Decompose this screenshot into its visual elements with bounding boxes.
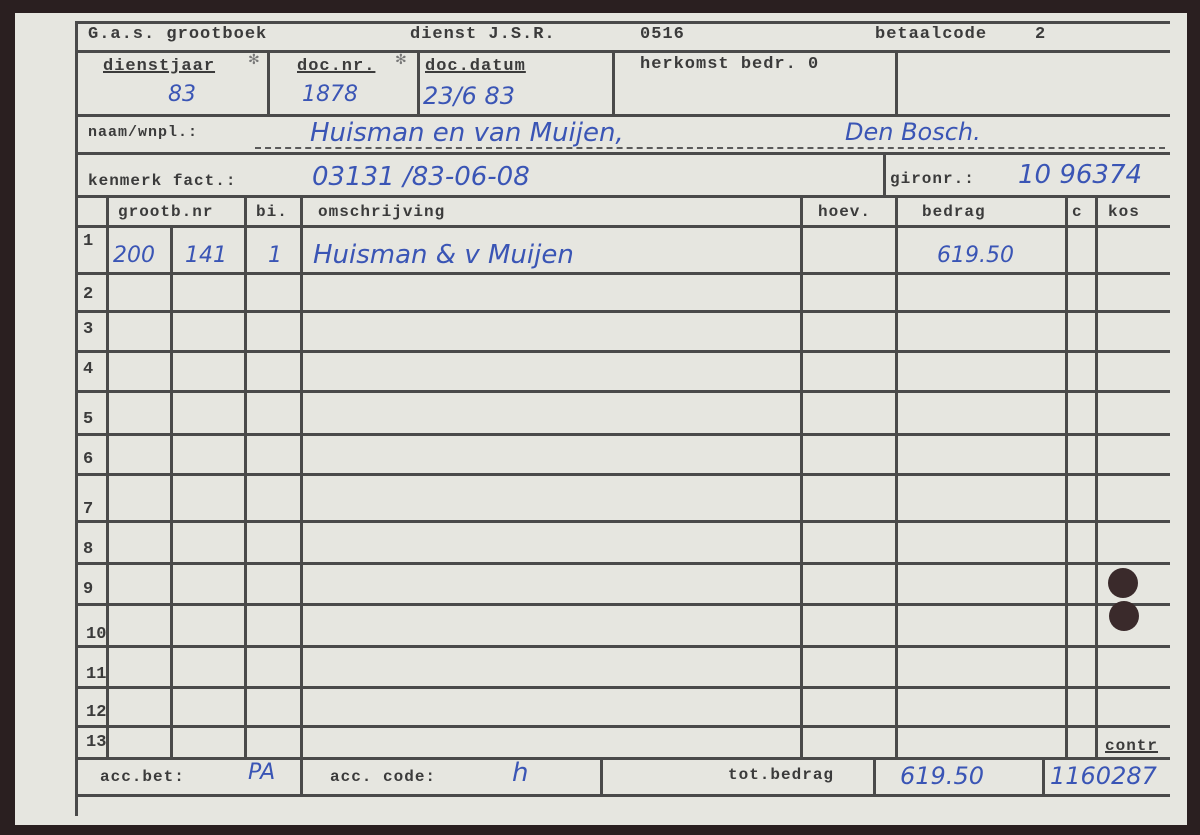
line-table-header: [75, 225, 1170, 228]
row-number: 6: [83, 450, 93, 469]
kenmerk-value[interactable]: 03131 /83-06-08: [312, 162, 530, 192]
col-line: [300, 197, 303, 757]
divider: [600, 759, 603, 794]
row-line: [75, 757, 1170, 760]
col-line: [800, 197, 803, 757]
divider: [300, 759, 303, 794]
frame-left: [75, 21, 78, 816]
gironr-label: gironr.:: [890, 170, 975, 188]
row-number: 2: [83, 285, 93, 304]
cell-omschrijving[interactable]: Huisman & v Muijen: [313, 240, 574, 270]
row-line: [75, 390, 1170, 393]
col-header-grootb: grootb.nr: [118, 203, 213, 221]
col-line: [1095, 197, 1098, 757]
row-number: 13: [86, 733, 106, 752]
row-number: 3: [83, 320, 93, 339]
line-fields: [75, 114, 1170, 117]
accbet-value[interactable]: PA: [248, 760, 275, 785]
row-number: 11: [86, 665, 106, 684]
divider: [417, 52, 420, 114]
divider: [883, 155, 886, 195]
frame-bottom: [75, 794, 1170, 797]
asterisk-icon: ✻: [248, 52, 260, 68]
dienstjaar-value[interactable]: 83: [168, 82, 196, 107]
accbet-label: acc.bet:: [100, 768, 185, 786]
row-line: [75, 310, 1170, 313]
docnr-label: doc.nr.: [297, 57, 375, 76]
row-line: [75, 520, 1170, 523]
contr-label: contr: [1105, 737, 1158, 755]
dienstjaar-label: dienstjaar: [103, 57, 215, 76]
naam-value[interactable]: Huisman en van Muijen,: [310, 118, 624, 148]
col-header-bi: bi.: [256, 203, 288, 221]
form-title: G.a.s. grootboek: [88, 25, 267, 44]
gironr-value[interactable]: 10 96374: [1018, 160, 1142, 190]
asterisk-icon: ✻: [395, 52, 407, 68]
totbedrag-value[interactable]: 619.50: [900, 762, 984, 790]
docdatum-label: doc.datum: [425, 57, 526, 76]
row-line: [75, 645, 1170, 648]
punch-hole: [1109, 601, 1139, 631]
contr-value[interactable]: 1160287: [1050, 762, 1157, 790]
kenmerk-label: kenmerk fact.:: [88, 172, 236, 190]
row-number: 8: [83, 540, 93, 559]
line-naam: [75, 152, 1170, 155]
row-line: [75, 272, 1170, 275]
cell-bi[interactable]: 1: [268, 243, 282, 268]
naam-label: naam/wnpl.:: [88, 124, 198, 141]
col-header-omschrijving: omschrijving: [318, 203, 445, 221]
col-line: [244, 197, 247, 757]
dienst-code: 0516: [640, 25, 685, 44]
col-line: [1065, 197, 1068, 757]
row-line: [75, 686, 1170, 689]
cell-bedrag[interactable]: 619.50: [937, 243, 1014, 268]
line-header: [75, 50, 1170, 53]
plaats-value[interactable]: Den Bosch.: [845, 118, 981, 146]
row-line: [75, 350, 1170, 353]
herkomst-label: herkomst bedr. 0: [640, 55, 819, 74]
row-number: 12: [86, 703, 106, 722]
cell-grootb-b[interactable]: 141: [185, 243, 227, 268]
row-number: 10: [86, 625, 106, 644]
row-line: [75, 603, 1170, 606]
line-kenmerk: [75, 195, 1170, 198]
row-number: 7: [83, 500, 93, 519]
divider: [612, 52, 615, 114]
row-number: 5: [83, 410, 93, 429]
col-line: [170, 227, 173, 757]
betaalcode-value: 2: [1035, 25, 1046, 44]
frame-top: [75, 21, 1170, 24]
divider: [1042, 759, 1045, 794]
acccode-value[interactable]: h: [512, 758, 528, 788]
col-header-hoev: hoev.: [818, 203, 871, 221]
dienst-label: dienst J.S.R.: [410, 25, 556, 44]
betaalcode-label: betaalcode: [875, 25, 987, 44]
col-header-bedrag: bedrag: [922, 203, 986, 221]
row-number: 4: [83, 360, 93, 379]
row-line: [75, 433, 1170, 436]
col-line: [895, 197, 898, 757]
row-number: 1: [83, 232, 93, 251]
divider: [873, 759, 876, 794]
cell-grootb-a[interactable]: 200: [113, 243, 155, 268]
row-line: [75, 473, 1170, 476]
row-number: 9: [83, 580, 93, 599]
acccode-label: acc. code:: [330, 768, 436, 786]
totbedrag-label: tot.bedrag: [728, 766, 834, 784]
divider: [267, 52, 270, 114]
divider: [895, 52, 898, 114]
col-header-c: c: [1072, 203, 1083, 221]
docdatum-value[interactable]: 23/6 83: [423, 82, 515, 110]
col-line: [106, 197, 109, 757]
col-header-kos: kos: [1108, 203, 1140, 221]
row-line: [75, 562, 1170, 565]
punch-hole: [1108, 568, 1138, 598]
row-line: [75, 725, 1170, 728]
docnr-value[interactable]: 1878: [302, 82, 358, 107]
